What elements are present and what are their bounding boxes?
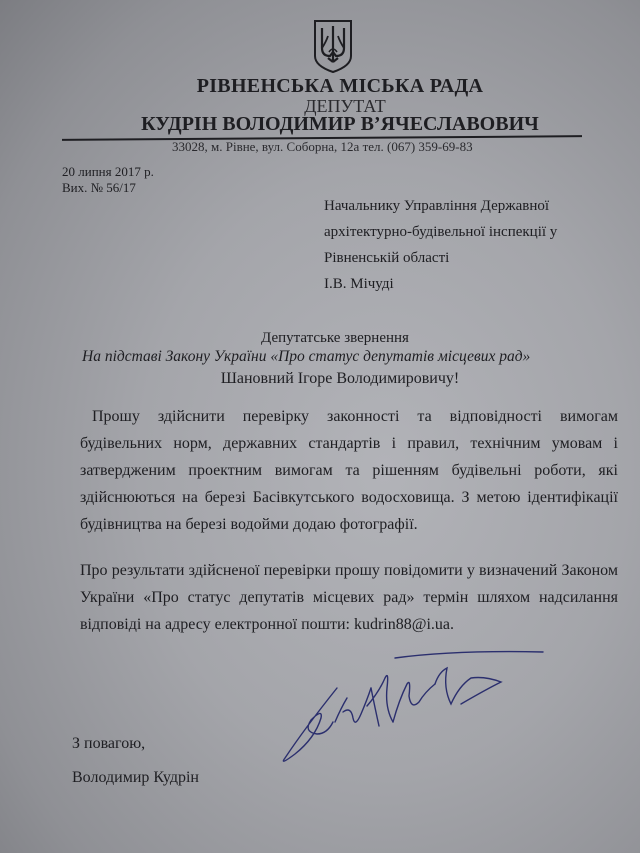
- addressee-line: Рівненській області: [324, 245, 557, 271]
- body-paragraph: Про результати здійсненої перевірки прош…: [80, 557, 618, 638]
- document-title: Депутатське звернення: [0, 330, 640, 347]
- contact-address: 33028, м. Рівне, вул. Соборна, 12а тел. …: [172, 139, 473, 155]
- addressee-line: архітектурно-будівельної інспекції у: [324, 219, 557, 245]
- organization-name: РІВНЕНСЬКА МІСЬКА РАДА: [0, 75, 640, 98]
- addressee-line: Начальнику Управління Державної: [324, 193, 557, 219]
- closing-block: З повагою, Володимир Кудрін: [72, 727, 199, 795]
- body-paragraph: Прошу здійснити перевірку законності та …: [80, 403, 618, 538]
- outgoing-number: Вих. № 56/17: [62, 180, 136, 196]
- deputy-name: КУДРІН ВОЛОДИМИР В’ЯЧЕСЛАВОВИЧ: [0, 113, 640, 136]
- addressee-line: І.В. Мічуді: [324, 271, 557, 297]
- addressee-block: Начальнику Управління Державної архітект…: [324, 193, 557, 297]
- closing-regards: З повагою,: [72, 727, 199, 761]
- letter-date: 20 липня 2017 р.: [62, 164, 154, 180]
- trident-emblem-icon: [312, 18, 354, 74]
- legal-basis: На підставі Закону України «Про статус д…: [82, 348, 530, 366]
- salutation: Шановний Ігоре Володимировичу!: [0, 370, 640, 388]
- handwritten-signature-icon: [275, 648, 545, 768]
- signatory-name: Володимир Кудрін: [72, 761, 199, 795]
